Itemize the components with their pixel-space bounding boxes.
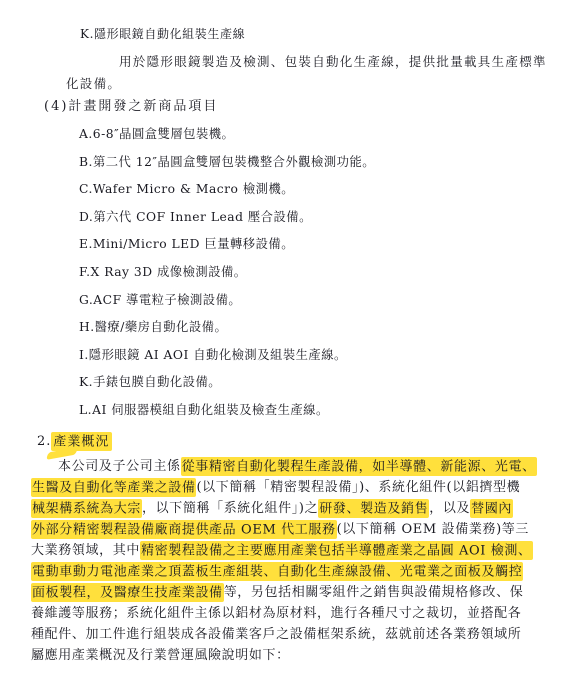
highlighted-run: 替國內 [470, 499, 513, 519]
list-item: B.第二代 12″晶圓盒雙層包裝機整合外觀檢測功能。 [79, 149, 375, 177]
list-item-k-heading: K.隱形眼鏡自動化組裝生產線 [80, 25, 245, 42]
highlighted-run: 電動車動力電池產業之頂蓋板生產組裝、自動化生產線設備、光電業之面板及觸控 [31, 562, 523, 582]
industry-overview-paragraph: 本公司及子公司主係從事精密自動化製程生產設備，如半導體、新能源、光電、 生醫及自… [31, 456, 541, 666]
highlighted-run: 面板製程，及醫療生技產業設備 [31, 583, 224, 603]
text-run: 大業務領域，其中 [31, 543, 140, 558]
new-product-list: A.6-8″晶圓盒雙層包裝機。 B.第二代 12″晶圓盒雙層包裝機整合外觀檢測功… [79, 121, 375, 425]
highlighted-run: 從事精密自動化製程生產設備，如半導體、新能源、光電、 [181, 457, 537, 477]
highlighted-run: 生醫及自動化等產業之設備 [31, 478, 196, 498]
highlighted-run: 研發、製造及銷售 [318, 499, 429, 519]
list-item: D.第六代 COF Inner Lead 壓合設備。 [79, 204, 375, 232]
paragraph-line: 面板製程，及醫療生技產業設備等，另包括相關零組件之銷售與設備規格修改、保 [31, 582, 541, 603]
list-item: F.X Ray 3D 成像檢測設備。 [79, 259, 375, 287]
paragraph-line: 電動車動力電池產業之頂蓋板生產組裝、自動化生產線設備、光電業之面板及觸控 [31, 561, 541, 582]
document-page: K.隱形眼鏡自動化組裝生產線 用於隱形眼鏡製造及檢測、包裝自動化生產線，提供批量… [0, 0, 571, 678]
text-run: ，以及 [429, 501, 470, 516]
list-item: I.隱形眼鏡 AI AOI 自動化檢測及組裝生產線。 [79, 342, 375, 370]
list-item: K.手錶包膜自動化設備。 [79, 369, 375, 397]
section-heading-industry-overview: 2.產業概況 [37, 430, 112, 449]
paragraph-line: 養維護等服務；系統化組件主係以鋁材為原材料，進行各種尺寸之裁切，並搭配各 [31, 603, 541, 624]
k-item-description-line1: 用於隱形眼鏡製造及檢測、包裝自動化生產線，提供批量載具生產標準 [119, 52, 547, 70]
text-run: (以下簡稱 OEM 設備業務)等三 [337, 522, 529, 537]
text-run: 本公司及子公司主係 [58, 459, 181, 474]
paragraph-line: 本公司及子公司主係從事精密自動化製程生產設備，如半導體、新能源、光電、 [31, 456, 541, 477]
paragraph-line: 外部分精密製程設備廠商提供產品 OEM 代工服務(以下簡稱 OEM 設備業務)等… [31, 519, 541, 540]
highlighted-run: 精密製程設備之主要應用產業包括半導體產業之晶圓 AOI 檢測、 [140, 541, 533, 561]
paragraph-line: 械架構系統為大宗，以下簡稱「系統化組件」)之研發、製造及銷售，以及替國內 [31, 498, 541, 519]
highlighted-run: 外部分精密製程設備廠商提供產品 OEM 代工服務 [31, 520, 337, 540]
text-run: 屬應用產業概況及行業營運風險說明如下： [31, 648, 290, 663]
list-item: E.Mini/Micro LED 巨量轉移設備。 [79, 231, 375, 259]
text-run: (以下簡稱「精密製程設備」)、系統化組件(以鋁擠型機 [196, 480, 520, 495]
list-item: C.Wafer Micro & Macro 檢測機。 [79, 176, 375, 204]
list-item: H.醫療/藥房自動化設備。 [79, 314, 375, 342]
section-title-highlighted: 產業概況 [51, 432, 112, 452]
text-run: 養維護等服務；系統化組件主係以鋁材為原材料，進行各種尺寸之裁切，並搭配各 [31, 606, 521, 621]
text-run: ，以下簡稱「系統化組件」)之 [142, 501, 318, 516]
paragraph-line: 種配件、加工件進行組裝成各設備業客戶之設備框架系統，茲就前述各業務領域所 [31, 624, 541, 645]
paragraph-line: 大業務領域，其中精密製程設備之主要應用產業包括半導體產業之晶圓 AOI 檢測、 [31, 540, 541, 561]
plan-section-heading: (4)計畫開發之新商品項目 [44, 95, 218, 114]
list-item: G.ACF 導電粒子檢測設備。 [79, 287, 375, 315]
paragraph-line: 生醫及自動化等產業之設備(以下簡稱「精密製程設備」)、系統化組件(以鋁擠型機 [31, 477, 541, 498]
paragraph-line: 屬應用產業概況及行業營運風險說明如下： [31, 645, 541, 666]
text-run: 等，另包括相關零組件之銷售與設備規格修改、保 [224, 585, 524, 600]
highlighted-run: 械架構系統為大宗 [31, 499, 142, 519]
k-item-description-line2: 化設備。 [66, 74, 121, 92]
text-run: 種配件、加工件進行組裝成各設備業客戶之設備框架系統，茲就前述各業務領域所 [31, 627, 521, 642]
list-item: A.6-8″晶圓盒雙層包裝機。 [79, 121, 375, 149]
section-number: 2. [37, 434, 51, 449]
list-item: L.AI 伺服器模組自動化組裝及檢查生產線。 [79, 397, 375, 425]
